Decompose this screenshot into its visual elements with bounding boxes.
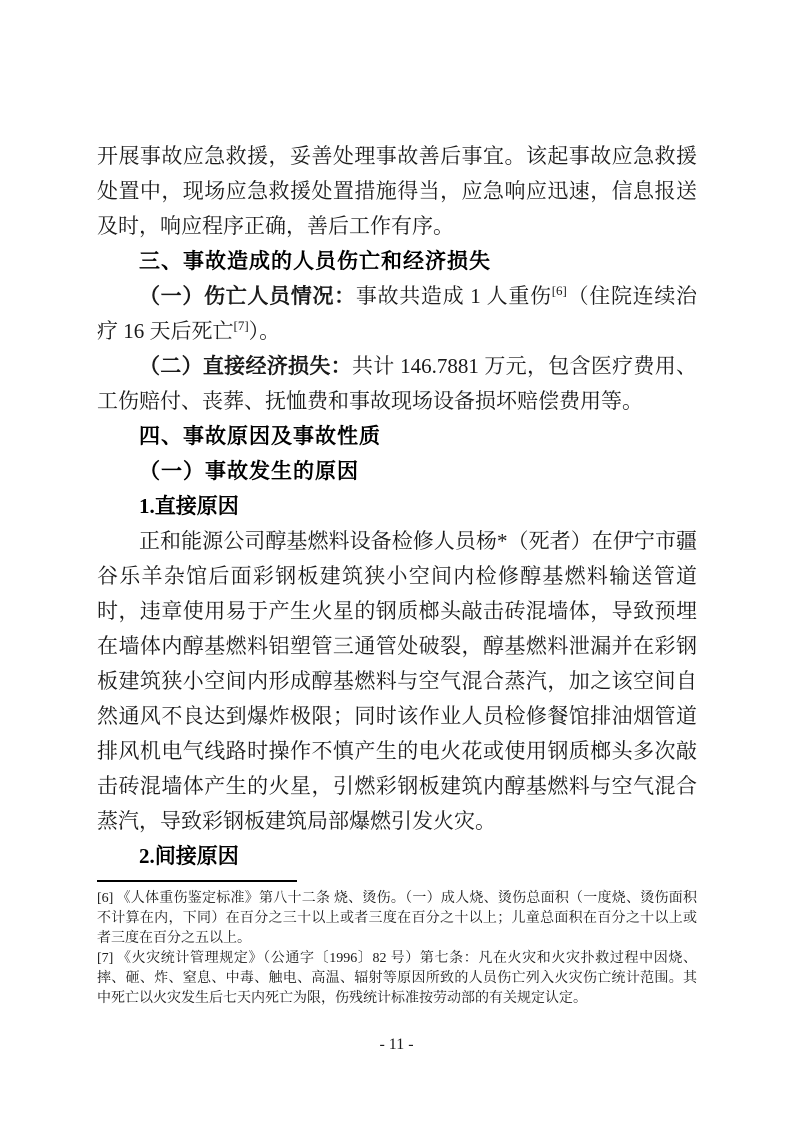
- paragraph-economic-loss: （二）直接经济损失：共计 146.7881 万元，包含医疗费用、工伤赔付、丧葬、…: [97, 349, 697, 419]
- subsection-heading-accident-causes: （一）事故发生的原因: [97, 454, 697, 489]
- paragraph-emergency-response: 开展事故应急救援，妥善处理事故善后事宜。该起事故应急救援处置中，现场应急救援处置…: [97, 139, 697, 244]
- document-body: 开展事故应急救援，妥善处理事故善后事宜。该起事故应急救援处置中，现场应急救援处置…: [97, 139, 697, 874]
- section-heading-casualties-losses: 三、事故造成的人员伤亡和经济损失: [97, 244, 697, 279]
- footnote-7-text: 《火灾统计管理规定》（公通字〔1996〕82 号）第七条：凡在火灾和火灾扑救过程…: [97, 951, 697, 1006]
- footnote-6: [6]《人体重伤鉴定标准》第八十二条 烧、烫伤。（一）成人烧、烫伤总面积（一度烧…: [97, 889, 697, 949]
- heading-indirect-cause: 2.间接原因: [97, 839, 697, 874]
- economic-loss-lead-label: （二）直接经济损失：: [139, 354, 352, 378]
- paragraph-direct-cause: 正和能源公司醇基燃料设备检修人员杨*（死者）在伊宁市疆谷乐羊杂馆后面彩钢板建筑狭…: [97, 524, 697, 839]
- footnote-6-ref-label: [6]: [97, 891, 113, 906]
- heading-direct-cause: 1.直接原因: [97, 489, 697, 524]
- footnote-7: [7]《火灾统计管理规定》（公通字〔1996〕82 号）第七条：凡在火灾和火灾扑…: [97, 949, 697, 1009]
- casualty-lead-label: （一）伤亡人员情况：: [139, 284, 356, 308]
- section-heading-causes-nature: 四、事故原因及事故性质: [97, 419, 697, 454]
- paragraph-casualties: （一）伤亡人员情况：事故共造成 1 人重伤[6]（住院连续治疗 16 天后死亡[…: [97, 279, 697, 349]
- page-number: - 11 -: [0, 1036, 793, 1054]
- casualty-text: 事故共造成 1 人重伤: [356, 284, 552, 308]
- footnote-6-text: 《人体重伤鉴定标准》第八十二条 烧、烫伤。（一）成人烧、烫伤总面积（一度烧、烫伤…: [97, 891, 697, 946]
- casualty-text-end: ）。: [249, 319, 281, 343]
- footnote-separator: [97, 880, 297, 882]
- footnote-ref-6: [6]: [552, 283, 567, 298]
- footnote-ref-7: [7]: [234, 318, 249, 333]
- footnote-area: [6]《人体重伤鉴定标准》第八十二条 烧、烫伤。（一）成人烧、烫伤总面积（一度烧…: [97, 880, 697, 1009]
- footnote-7-ref-label: [7]: [97, 951, 113, 966]
- document-page: 开展事故应急救援，妥善处理事故善后事宜。该起事故应急救援处置中，现场应急救援处置…: [0, 0, 793, 1122]
